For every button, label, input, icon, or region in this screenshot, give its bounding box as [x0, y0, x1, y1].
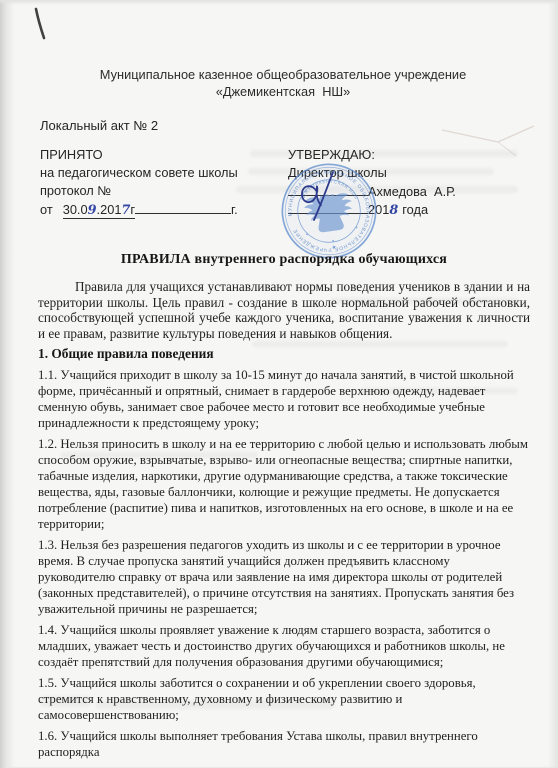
local-act-number: Локальный акт № 2 [40, 118, 158, 133]
year-suffix: года [402, 202, 428, 217]
rule-paragraph-1-1: 1.1. Учащийся приходит в школу за 10-15 … [38, 367, 530, 431]
rule-paragraph-1-4: 1.4. Учащийся школы проявляет уважение к… [38, 622, 530, 670]
organization-name-line2: «Джемикентская НШ» [38, 83, 528, 100]
scan-edge-shadow-left [0, 0, 15, 768]
year-handwritten-digit: 8 [389, 203, 398, 218]
rule-paragraph-1-3: 1.3. Нельзя без разрешения педагогов ухо… [38, 537, 530, 617]
director-name: Ахмедова А.Р. [368, 184, 456, 199]
pen-stroke-mark [28, 4, 58, 48]
date-blank-underline [135, 200, 231, 214]
scan-edge-shadow-top [0, 0, 558, 5]
adopted-title: ПРИНЯТО [40, 146, 238, 164]
rule-paragraph-1-6: 1.6. Учащийся школы выполняет требования… [38, 728, 530, 760]
date-underline: 30.09.2017г [63, 203, 135, 219]
year-printed: 201 [368, 202, 389, 217]
adopted-protocol-line: протокол № [40, 182, 238, 200]
approved-title: УТВЕРЖДАЮ: [288, 146, 456, 164]
rule-paragraph-1-2: 1.2. Нельзя приносить в школу и на ее те… [38, 436, 530, 532]
scan-edge-shadow-right [548, 0, 558, 768]
date-suffix: г. [231, 202, 238, 217]
signature-underline [288, 182, 368, 196]
document-title: ПРАВИЛА внутреннего распорядка обучающих… [38, 252, 530, 268]
stamp-star: ★ [331, 245, 337, 252]
intro-paragraph: Правила для учащихся устанавливают нормы… [38, 279, 530, 341]
organization-name-line1: Муниципальное казенное общеобразовательн… [38, 66, 528, 83]
document-body: ПРАВИЛА внутреннего распорядка обучающих… [38, 252, 530, 765]
adopted-block: ПРИНЯТО на педагогическом совете школы п… [40, 146, 238, 218]
approved-year-line: 2018года [288, 200, 456, 218]
date-printed-part2: .201 [97, 202, 122, 217]
adopted-date-line: от30.09.2017гг. [40, 200, 238, 218]
scanned-document-page: Муниципальное казенное общеобразовательн… [0, 0, 558, 768]
date-prefix: от [40, 202, 53, 217]
approved-director-line: Директор школы [288, 164, 456, 182]
year-underline [288, 200, 368, 214]
rule-paragraph-1-5: 1.5. Учащийся школы заботится о сохранен… [38, 675, 530, 723]
adopted-council-line: на педагогическом совете школы [40, 164, 238, 182]
date-printed-part1: 30.0 [63, 202, 88, 217]
organization-header: Муниципальное казенное общеобразовательн… [38, 66, 528, 100]
approved-signature-line: Ахмедова А.Р. [288, 182, 456, 200]
section-1-heading: 1. Общие правила поведения [38, 345, 530, 362]
date-handwritten-digit1: 9 [88, 203, 97, 218]
approved-block: УТВЕРЖДАЮ: Директор школы Ахмедова А.Р. … [288, 146, 456, 218]
